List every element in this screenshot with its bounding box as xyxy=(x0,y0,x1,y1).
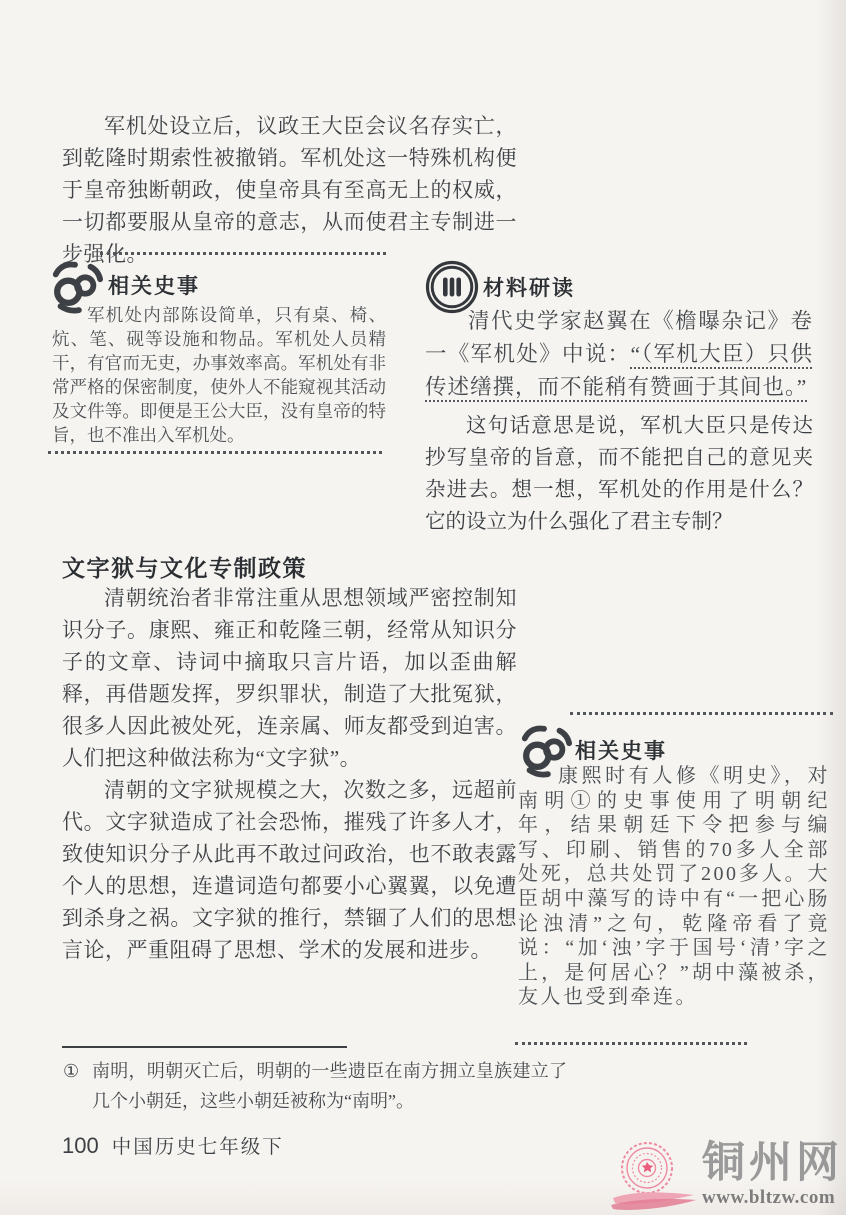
section-heading: 文字狱与文化专制政策 xyxy=(62,550,307,583)
footnote: ①南明，明朝灭亡后，明朝的一些遗臣在南方拥立皇族建立了几个小朝廷，这些小朝廷被称… xyxy=(62,1046,567,1116)
related-history-box-2: 相关史事 康熙时有人修《明史》，对南明①的史事使用了明朝纪年，结果朝廷下令把参与… xyxy=(515,712,833,1045)
watermark-site-name: 铜州网 xyxy=(702,1140,843,1186)
material-study-quote-paragraph: 清代史学家赵翼在《檐曝杂记》卷一《军机处》中说：“（军机大臣）只供传述缮撰，而不… xyxy=(425,305,813,404)
watermark-text: 铜州网 www.bltzw.com xyxy=(702,1140,843,1209)
dotted-border-bottom xyxy=(515,1042,747,1045)
related-history-title-1: 相关史事 xyxy=(108,270,200,300)
footnote-rule xyxy=(62,1046,347,1048)
related-history-body-1: 军机处内部陈设简单，只有桌、椅、炕、笔、砚等设施和物品。军机处人员精干，有官而无… xyxy=(52,304,386,447)
footnote-marker: ① xyxy=(63,1056,79,1086)
book-title: 中国历史七年级下 xyxy=(112,1131,284,1159)
related-history-body-2: 康熙时有人修《明史》，对南明①的史事使用了明朝纪年，结果朝廷下令把参与编写、印刷… xyxy=(518,764,830,1010)
watermark-site-url: www.bltzw.com xyxy=(702,1187,843,1209)
body-paragraph-2: 清朝的文字狱规模之大，次数之多，远超前代。文字狱造成了社会恐怖，摧残了许多人才，… xyxy=(62,774,517,966)
watermark-logo-icon xyxy=(606,1134,700,1215)
material-study-content: 清代史学家赵翼在《檐曝杂记》卷一《军机处》中说：“（军机大臣）只供传述缮撰，而不… xyxy=(425,305,813,538)
intro-paragraph: 军机处设立后，议政王大臣会议名存实亡，到乾隆时期索性被撤销。军机处这一特殊机构便… xyxy=(62,110,517,270)
material-study-box: 材料研读 清代史学家赵翼在《檐曝杂记》卷一《军机处》中说：“（军机大臣）只供传述… xyxy=(425,258,813,578)
dotted-border-top xyxy=(100,252,386,255)
material-study-commentary: 这句话意思是说，军机大臣只是传达抄写皇帝的旨意，而不能把自己的意见夹杂进去。想一… xyxy=(425,410,813,538)
body-paragraph-1: 清朝统治者非常注重从思想领域严密控制知识分子。康熙、雍正和乾隆三朝，经常从知识分… xyxy=(62,582,517,774)
page-footer: 100 中国历史七年级下 xyxy=(62,1131,284,1159)
footnote-body: 南明，明朝灭亡后，明朝的一些遗臣在南方拥立皇族建立了几个小朝廷，这些小朝廷被称为… xyxy=(92,1061,567,1111)
page-number: 100 xyxy=(62,1133,99,1159)
site-watermark: 铜州网 www.bltzw.com xyxy=(606,1134,846,1215)
dotted-border-top xyxy=(570,712,833,715)
footnote-text: ①南明，明朝灭亡后，明朝的一些遗臣在南方拥立皇族建立了几个小朝廷，这些小朝廷被称… xyxy=(62,1056,567,1116)
material-study-title: 材料研读 xyxy=(483,272,575,302)
related-history-box-1: 相关史事 军机处内部陈设简单，只有桌、椅、炕、笔、砚等设施和物品。军机处人员精干… xyxy=(48,252,386,454)
textbook-page: 军机处设立后，议政王大臣会议名存实亡，到乾隆时期索性被撤销。军机处这一特殊机构便… xyxy=(0,0,846,1215)
related-history-title-2: 相关史事 xyxy=(575,735,667,765)
dotted-border-bottom xyxy=(48,451,382,454)
main-body: 清朝统治者非常注重从思想领域严密控制知识分子。康熙、雍正和乾隆三朝，经常从知识分… xyxy=(62,582,517,966)
